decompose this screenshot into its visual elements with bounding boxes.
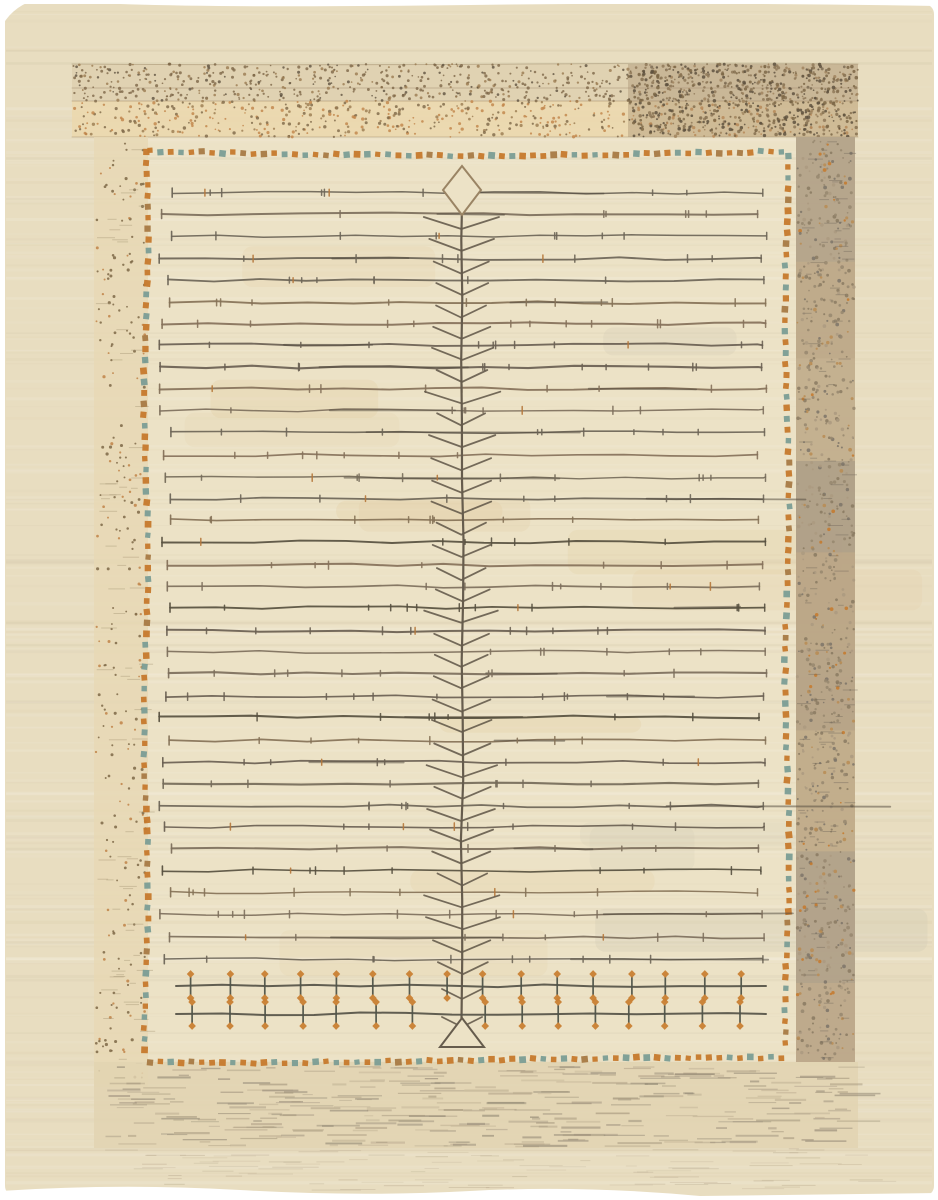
right-mottled-band xyxy=(796,137,858,1062)
gabbeh-rug-image xyxy=(0,0,938,1200)
rug-product-photo xyxy=(0,0,938,1200)
top-speckle-band xyxy=(72,63,859,139)
